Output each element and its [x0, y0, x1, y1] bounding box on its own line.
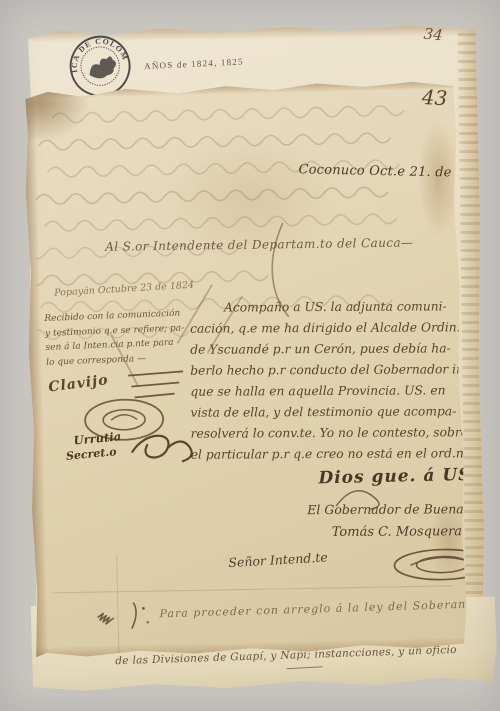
- margin-routing-note: Recibido con la comunicación y testimoni…: [44, 305, 214, 370]
- signer-title-line: El Gobernador de Buenav.a: [307, 501, 481, 517]
- body-line: de Yscuandé p.r un Cerón, pues debía ha-: [190, 341, 480, 364]
- manuscript-photograph: ICA DE COLOM AÑOS de 1824, 1825 34 de la…: [0, 0, 500, 711]
- body-line: berlo hecho p.r conducto del Gobernador …: [190, 362, 480, 385]
- folio-number-43: 43: [421, 85, 448, 110]
- letter-body: Acompaño a US. la adjunta comuni- cación…: [190, 299, 481, 469]
- condor-emblem-icon: [86, 55, 119, 81]
- mosquera-signature: Tomás C. Mosquera: [332, 524, 462, 540]
- folio-number-34: 34: [423, 25, 444, 45]
- body-line: vista de ella, y del testimonio que acom…: [190, 404, 480, 427]
- body-line: resolverá lo conv.te. Yo no le contesto,…: [191, 425, 481, 448]
- underline-stroke: [286, 666, 322, 669]
- addressee-line: Señor Intend.te: [228, 549, 328, 570]
- body-line: cación, q.e me ha dirigido el Alcalde Or…: [190, 320, 480, 343]
- body-line: Acompaño a US. la adjunta comuni-: [190, 299, 480, 322]
- closing-salutation: Dios gue. á US.: [318, 465, 478, 489]
- received-date-note: Popayán Octubre 23 de 1824: [54, 280, 194, 299]
- vertical-fold-crease: [116, 555, 119, 659]
- margin-scribble-mark: [93, 596, 154, 635]
- clavijo-zigzag-flourish: [123, 367, 194, 409]
- clavijo-signature: Clavijo: [48, 372, 110, 396]
- main-manuscript-page-folio-43: 43 Coconuco Oct.e 21. de 1824— Al S.or I…: [22, 79, 469, 659]
- horizontal-fold-crease: [53, 585, 453, 593]
- body-line: que se halla en aquella Provincia. US. e…: [190, 383, 480, 406]
- secretary-title: Secret.o: [65, 445, 117, 463]
- address-line: Al S.or Intendente del Departam.to del C…: [105, 235, 413, 253]
- compliance-order-line: Para proceder con arreglo á la ley del S…: [159, 597, 486, 620]
- printed-year-caption: AÑOS de 1824, 1825: [144, 56, 244, 71]
